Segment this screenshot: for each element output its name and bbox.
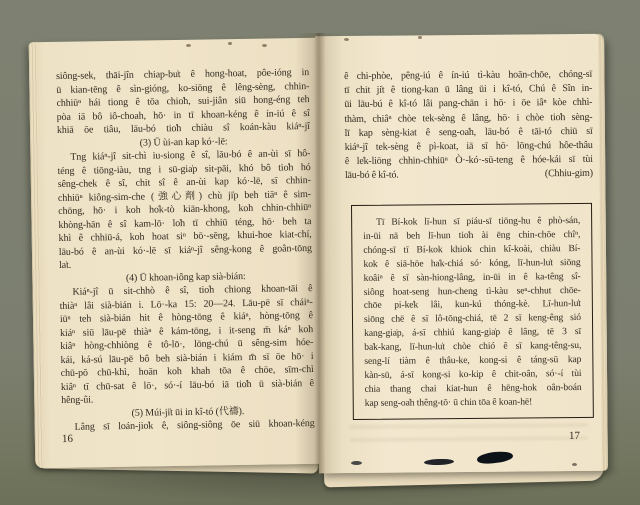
ink-speck [572,463,577,466]
page-number-right: 17 [569,430,580,442]
ink-speck [262,44,267,47]
right-page-paragraph: ê chi-phòe, pêng-iú ê ín-iú tì-kàu hoān-… [344,68,593,170]
text-line: koâiⁿ ê sī sàn-hiong-lâng, in-ūi in ê ka… [364,270,581,286]
right-page-text: ê chi-phòe, pêng-iú ê ín-iú tì-kàu hoān-… [344,68,593,184]
info-box: Tī Bí-kok lī-hun sī piáu-sī tiōng-hu ê p… [351,203,594,420]
text-line: chóng-sī tī Bí-kok khiok chin kî-koài, c… [363,242,580,258]
text-line: chia thang chai kiat-hun ê hēng-hok oân-… [365,381,582,397]
attribution-text: (Chhiu-gim) [545,167,593,182]
show-through-text [350,423,588,451]
closing-text: lāu-bó ê kî-tó. [345,169,399,184]
text-line: kok ê siā-hōe ha̍k-chiá só· kóng, lī-hun… [363,256,580,272]
ink-speck [228,42,232,45]
book-photo: siông-sek, thāi-jîn chiap-bu̍t ê hong-ho… [0,0,640,505]
ink-speck [418,36,422,39]
page-number-left: 16 [62,433,73,445]
text-line: kap seng-oa̍h thêng-tō· ū chin tōa ê koa… [365,395,582,411]
ink-speck [344,38,349,41]
ink-smudge [351,461,362,465]
paragraph-closing-line: lāu-bó ê kî-tó. (Chhiu-gim) [345,167,593,183]
left-page-text: siông-sek, thāi-jîn chiap-bu̍t ê hong-ho… [56,66,315,434]
ink-speck [186,44,191,47]
